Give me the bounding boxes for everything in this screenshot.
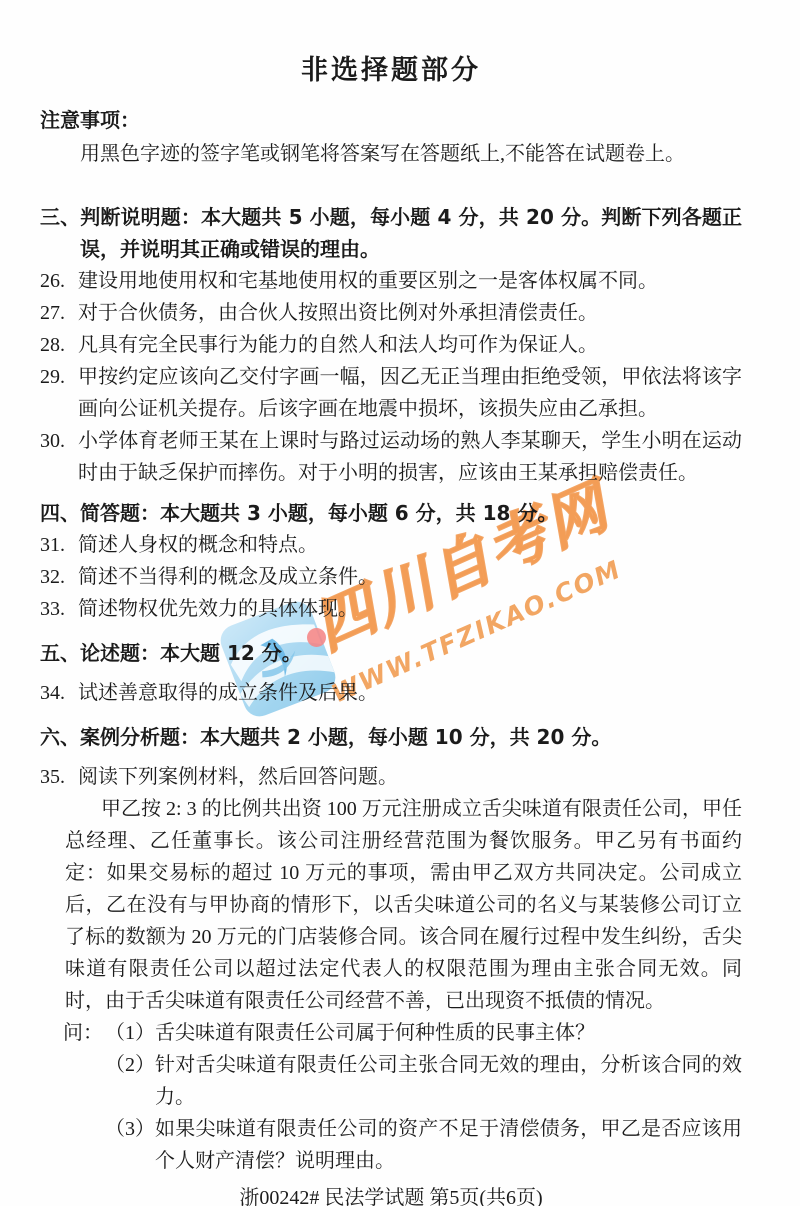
question-text: 凡具有完全民事行为能力的自然人和法人均可作为保证人。 — [78, 329, 742, 361]
case-question-prefix — [63, 1113, 105, 1177]
question-28: 28. 凡具有完全民事行为能力的自然人和法人均可作为保证人。 — [40, 329, 742, 361]
case-question-text: 如果尖味道有限责任公司的资产不足于清偿债务，甲乙是否应该用个人财产清偿？说明理由… — [155, 1113, 742, 1177]
case-question-text: 舌尖味道有限责任公司属于何种性质的民事主体？ — [155, 1017, 742, 1049]
question-number: 33. — [40, 593, 78, 625]
question-number: 30. — [40, 425, 78, 489]
notice-label: 注意事项： — [40, 105, 742, 135]
section-heading: 四、简答题：本大题共 3 小题，每小题 6 分，共 18 分。 — [40, 497, 742, 529]
question-29: 29. 甲按约定应该向乙交付字画一幅，因乙无正当理由拒绝受领，甲依法将该字画向公… — [40, 361, 742, 425]
case-question-label: （2） — [105, 1049, 155, 1113]
notice-text: 用黑色字迹的签字笔或钢笔将答案写在答题纸上,不能答在试题卷上。 — [40, 139, 742, 169]
case-question-2: （2） 针对舌尖味道有限责任公司主张合同无效的理由，分析该合同的效力。 — [63, 1049, 742, 1113]
question-33: 33. 简述物权优先效力的具体体现。 — [40, 593, 742, 625]
question-number: 28. — [40, 329, 78, 361]
case-questions: 问： （1） 舌尖味道有限责任公司属于何种性质的民事主体？ （2） 针对舌尖味道… — [63, 1017, 742, 1177]
question-text: 简述物权优先效力的具体体现。 — [78, 593, 742, 625]
question-text: 简述人身权的概念和特点。 — [78, 529, 742, 561]
page-footer: 浙00242# 民法学试题 第5页(共6页) — [40, 1183, 742, 1206]
question-number: 29. — [40, 361, 78, 425]
question-text: 甲按约定应该向乙交付字画一幅，因乙无正当理由拒绝受领，甲依法将该字画向公证机关提… — [78, 361, 742, 425]
question-text: 小学体育老师王某在上课时与路过运动场的熟人李某聊天，学生小明在运动时由于缺乏保护… — [78, 425, 742, 489]
question-number: 31. — [40, 529, 78, 561]
question-number: 34. — [40, 677, 78, 709]
case-question-prefix: 问： — [63, 1017, 105, 1049]
page-title: 非选择题部分 — [40, 48, 742, 87]
question-31: 31. 简述人身权的概念和特点。 — [40, 529, 742, 561]
question-number: 32. — [40, 561, 78, 593]
case-question-text: 针对舌尖味道有限责任公司主张合同无效的理由，分析该合同的效力。 — [155, 1049, 742, 1113]
question-26: 26. 建设用地使用权和宅基地使用权的重要区别之一是客体权属不同。 — [40, 265, 742, 297]
question-32: 32. 简述不当得利的概念及成立条件。 — [40, 561, 742, 593]
case-question-1: 问： （1） 舌尖味道有限责任公司属于何种性质的民事主体？ — [63, 1017, 742, 1049]
question-number: 27. — [40, 297, 78, 329]
section-essay: 五、论述题：本大题 12 分。 34. 试述善意取得的成立条件及后果。 — [40, 637, 742, 709]
document-content: 非选择题部分 注意事项： 用黑色字迹的签字笔或钢笔将答案写在答题纸上,不能答在试… — [0, 48, 800, 1206]
question-number: 35. — [40, 761, 78, 793]
question-text: 简述不当得利的概念及成立条件。 — [78, 561, 742, 593]
section-short-answer: 四、简答题：本大题共 3 小题，每小题 6 分，共 18 分。 31. 简述人身… — [40, 497, 742, 625]
question-27: 27. 对于合伙债务，由合伙人按照出资比例对外承担清偿责任。 — [40, 297, 742, 329]
case-question-3: （3） 如果尖味道有限责任公司的资产不足于清偿债务，甲乙是否应该用个人财产清偿？… — [63, 1113, 742, 1177]
question-30: 30. 小学体育老师王某在上课时与路过运动场的熟人李某聊天，学生小明在运动时由于… — [40, 425, 742, 489]
question-number: 26. — [40, 265, 78, 297]
section-case-analysis: 六、案例分析题：本大题共 2 小题，每小题 10 分，共 20 分。 35. 阅… — [40, 721, 742, 1177]
question-text: 试述善意取得的成立条件及后果。 — [78, 677, 742, 709]
section-heading: 五、论述题：本大题 12 分。 — [40, 637, 742, 669]
question-34: 34. 试述善意取得的成立条件及后果。 — [40, 677, 742, 709]
case-question-prefix — [63, 1049, 105, 1113]
question-35: 35. 阅读下列案例材料，然后回答问题。 — [40, 761, 742, 793]
case-question-label: （1） — [105, 1017, 155, 1049]
section-heading: 三、判断说明题：本大题共 5 小题，每小题 4 分，共 20 分。判断下列各题正… — [40, 201, 742, 265]
question-text: 阅读下列案例材料，然后回答问题。 — [78, 761, 742, 793]
exam-paper-page: 四川自考网 WWW.TFZIKAO.COM 非选择题部分 注意事项： 用黑色字迹… — [0, 0, 800, 1206]
question-text: 对于合伙债务，由合伙人按照出资比例对外承担清偿责任。 — [78, 297, 742, 329]
case-material-paragraph: 甲乙按 2: 3 的比例共出资 100 万元注册成立舌尖味道有限责任公司，甲任总… — [65, 793, 742, 1017]
section-judgment: 三、判断说明题：本大题共 5 小题，每小题 4 分，共 20 分。判断下列各题正… — [40, 201, 742, 489]
section-heading: 六、案例分析题：本大题共 2 小题，每小题 10 分，共 20 分。 — [40, 721, 742, 753]
question-text: 建设用地使用权和宅基地使用权的重要区别之一是客体权属不同。 — [78, 265, 742, 297]
case-question-label: （3） — [105, 1113, 155, 1177]
